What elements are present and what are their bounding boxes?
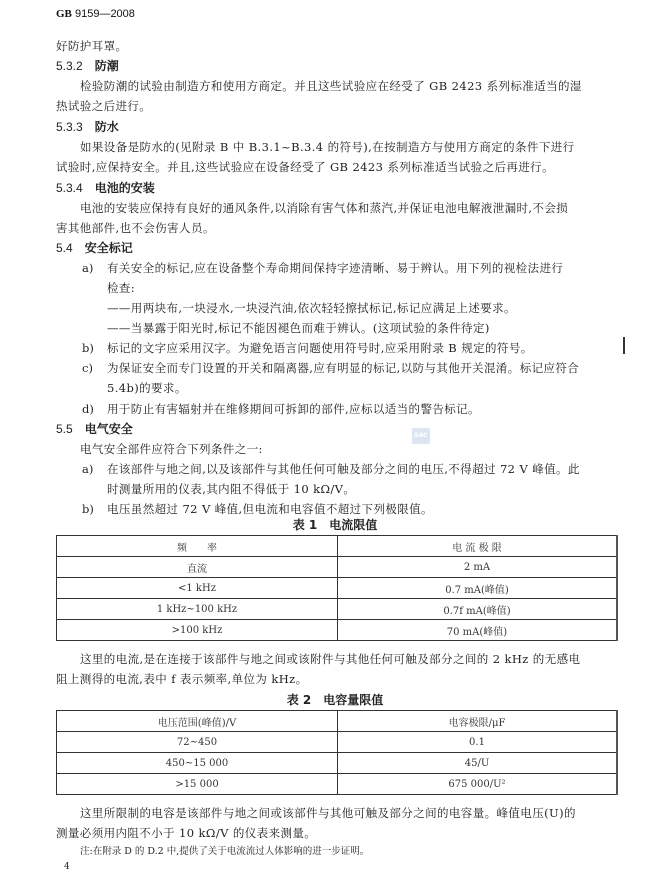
table-cell: 675 000/U²: [338, 774, 618, 795]
standard-number: 9159—2008: [75, 8, 135, 20]
continuation-text: 好防护耳罩。: [56, 38, 127, 54]
table-cell: <1 kHz: [57, 578, 338, 599]
table-header-row: 频 率 电 流 极 限: [57, 536, 618, 557]
list-item-line: 检查:: [107, 280, 135, 296]
column-header: 频 率: [57, 536, 338, 557]
section-heading-5-3-3: 5.3.3防水: [56, 119, 119, 135]
list-label: a): [82, 461, 93, 477]
table-1-caption: 表 1 电流限值: [0, 516, 670, 533]
revision-bar: [623, 337, 625, 354]
capacitance-limits-table: 电压范围(峰值)/V 电容极限/μF 72~450 0.1 450~15 000…: [56, 710, 618, 795]
list-item-line: 为保证安全而专门设置的开关和隔离器,应有明显的标记,以防与其他开关混淆。标记应符…: [107, 360, 579, 376]
table-row: >15 000 675 000/U²: [57, 774, 618, 795]
paragraph-line: 检验防潮的试验由制造方和使用方商定。并且这些试验应在经受了 GB 2423 系列…: [80, 78, 582, 94]
paragraph-line: 试验时,应保持安全。并且,这些试验应在设备经受了 GB 2423 系列标准适当试…: [56, 159, 554, 175]
paragraph-line: 这里的电流,是在连接于该部件与地之间或该附件与其他任何可触及部分之间的 2 kH…: [80, 651, 580, 667]
table-header-row: 电压范围(峰值)/V 电容极限/μF: [57, 711, 618, 732]
list-label: d): [82, 401, 94, 417]
section-heading-5-3-2: 5.3.2防潮: [56, 58, 119, 74]
table-row: <1 kHz 0.7 mA(峰值): [57, 578, 618, 599]
list-label: b): [82, 501, 94, 517]
table-row: >100 kHz 70 mA(峰值): [57, 620, 618, 641]
table-cell: 70 mA(峰值): [338, 620, 618, 641]
list-item-line: 标记的文字应采用汉字。为避免语言问题使用符号时,应采用附录 B 规定的符号。: [107, 340, 533, 356]
footnote: 注:在附录 D 的 D.2 中,提供了关于电流流过人体影响的进一步证明。: [80, 845, 369, 859]
list-item-line: 5.4b)的要求。: [107, 380, 187, 396]
paragraph-line: 测量必须用内阻不小于 10 kΩ/V 的仪表来测量。: [56, 825, 316, 841]
paragraph-line: 电气安全部件应符合下列条件之一:: [80, 441, 263, 457]
column-header: 电 流 极 限: [338, 536, 618, 557]
table-cell: 0.7f mA(峰值): [338, 599, 618, 620]
table-cell: 0.1: [338, 732, 618, 753]
dash-item-line: ——用两块布,一块浸水,一块浸汽油,依次轻轻擦拭标记,标记应满足上述要求。: [107, 300, 516, 316]
table-row: 1 kHz~100 kHz 0.7f mA(峰值): [57, 599, 618, 620]
list-item-line: 有关安全的标记,应在设备整个寿命期间保持字迹清晰、易于辨认。用下列的视检法进行: [107, 260, 563, 276]
table-row: 直流 2 mA: [57, 557, 618, 578]
standard-prefix: GB: [56, 8, 72, 20]
table-cell: 1 kHz~100 kHz: [57, 599, 338, 620]
list-item-line: 在该部件与地之间,以及该部件与其他任何可触及部分之间的电压,不得超过 72 V …: [107, 461, 580, 477]
paragraph-line: 阻上测得的电流,表中 f 表示频率,单位为 kHz。: [56, 671, 308, 687]
table-cell: 450~15 000: [57, 753, 338, 774]
list-label: c): [82, 360, 93, 376]
section-title: 防水: [95, 120, 119, 134]
table-cell: 直流: [57, 557, 338, 578]
page-number: 4: [64, 862, 70, 872]
table-cell: >100 kHz: [57, 620, 338, 641]
section-number: 5.4: [56, 241, 73, 255]
table-cell: 45/U: [338, 753, 618, 774]
section-title: 电气安全: [85, 422, 133, 436]
section-number: 5.3.2: [56, 59, 83, 73]
list-item-line: 时测量所用的仪表,其内阻不得低于 10 kΩ/V。: [107, 481, 355, 497]
paragraph-line: 热试验之后进行。: [56, 98, 151, 114]
sac-watermark-logo: SAC: [412, 428, 430, 444]
paragraph-line: 害其他部件,也不会伤害人员。: [56, 220, 215, 236]
table-cell: 72~450: [57, 732, 338, 753]
table-cell: 2 mA: [338, 557, 618, 578]
list-item-line: 电压虽然超过 72 V 峰值,但电流和电容值不超过下列极限值。: [107, 501, 433, 517]
section-number: 5.3.3: [56, 120, 83, 134]
section-heading-5-5: 5.5电气安全: [56, 421, 133, 437]
current-limits-table: 频 率 电 流 极 限 直流 2 mA <1 kHz 0.7 mA(峰值) 1 …: [56, 535, 618, 641]
section-title: 电池的安装: [95, 181, 155, 195]
paragraph-line: 如果设备是防水的(见附录 B 中 B.3.1~B.3.4 的符号),在按制造方与…: [80, 139, 575, 155]
table-cell: 0.7 mA(峰值): [338, 578, 618, 599]
list-label: b): [82, 340, 94, 356]
section-title: 防潮: [95, 59, 119, 73]
standard-code-header: GB 9159—2008: [56, 8, 135, 20]
list-item-line: 用于防止有害辐射并在维修期间可拆卸的部件,应标以适当的警告标记。: [107, 401, 480, 417]
table-cell: >15 000: [57, 774, 338, 795]
table-row: 72~450 0.1: [57, 732, 618, 753]
table-2-caption: 表 2 电容量限值: [0, 691, 670, 708]
section-title: 安全标记: [85, 241, 133, 255]
section-heading-5-4: 5.4安全标记: [56, 240, 133, 256]
section-number: 5.5: [56, 422, 73, 436]
column-header: 电容极限/μF: [338, 711, 618, 732]
paragraph-line: 电池的安装应保持有良好的通风条件,以消除有害气体和蒸汽,并保证电池电解液泄漏时,…: [80, 200, 568, 216]
dash-item-line: ——当暴露于阳光时,标记不能因褪色而难于辨认。(这项试验的条件待定): [107, 320, 490, 336]
table-row: 450~15 000 45/U: [57, 753, 618, 774]
paragraph-line: 这里所限制的电容是该部件与地之间或该部件与其他可触及部分之间的电容量。峰值电压(…: [80, 805, 576, 821]
list-label: a): [82, 260, 93, 276]
section-number: 5.3.4: [56, 181, 83, 195]
section-heading-5-3-4: 5.3.4电池的安装: [56, 180, 155, 196]
column-header: 电压范围(峰值)/V: [57, 711, 338, 732]
